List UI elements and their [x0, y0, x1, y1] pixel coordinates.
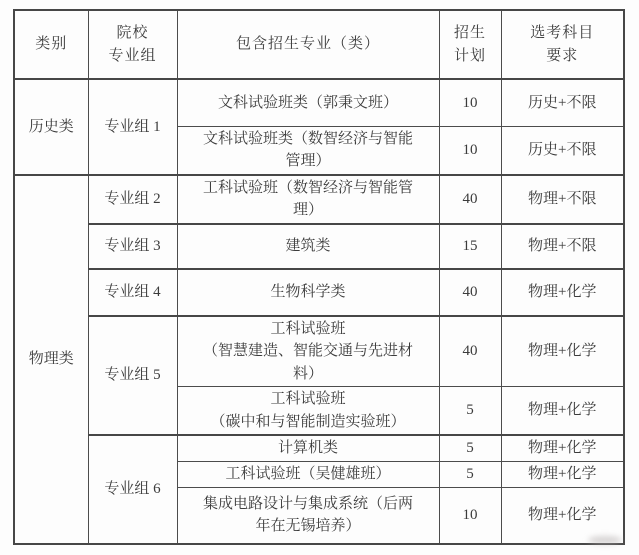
plan-cell: 40	[439, 316, 501, 387]
subjects-cell: 物理+不限	[501, 224, 624, 269]
group-cell: 专业组 5	[88, 316, 177, 436]
category-cell: 物理类	[14, 175, 88, 545]
major-cell: 工科试验班（数智经济与智能管 理）	[177, 175, 439, 224]
group-cell: 专业组 3	[88, 224, 177, 269]
subjects-cell: 物理+化学	[501, 269, 624, 316]
major-cell: 生物科学类	[177, 269, 439, 316]
header-majors: 包含招生专业（类）	[177, 10, 439, 79]
plan-cell: 40	[439, 269, 501, 316]
subjects-cell: 历史+不限	[501, 79, 624, 126]
group-cell: 专业组 6	[88, 435, 177, 544]
header-category: 类别	[14, 10, 88, 79]
group-cell: 专业组 4	[88, 269, 177, 316]
admission-plan-table: 类别 院校 专业组 包含招生专业（类） 招生 计划 选考科目 要求 历史类 专业…	[13, 9, 625, 545]
plan-cell: 5	[439, 387, 501, 436]
subjects-cell: 物理+不限	[501, 175, 624, 224]
plan-cell: 5	[439, 435, 501, 461]
major-cell: 工科试验班（吴健雄班）	[177, 461, 439, 487]
artifact-smudge	[588, 536, 622, 544]
major-cell: 文科试验班类（数智经济与智能 管理）	[177, 126, 439, 175]
category-cell: 历史类	[14, 79, 88, 175]
plan-cell: 5	[439, 461, 501, 487]
major-cell: 工科试验班 （碳中和与智能制造实验班）	[177, 387, 439, 436]
table-row: 专业组 3 建筑类 15 物理+不限	[14, 224, 624, 269]
header-group: 院校 专业组	[88, 10, 177, 79]
table-row: 历史类 专业组 1 文科试验班类（郭秉文班） 10 历史+不限	[14, 79, 624, 126]
header-plan: 招生 计划	[439, 10, 501, 79]
plan-cell: 15	[439, 224, 501, 269]
group-cell: 专业组 2	[88, 175, 177, 224]
header-subjects: 选考科目 要求	[501, 10, 624, 79]
table-row: 专业组 5 工科试验班 （智慧建造、智能交通与先进材 料） 40 物理+化学	[14, 316, 624, 387]
major-cell: 文科试验班类（郭秉文班）	[177, 79, 439, 126]
table-row: 物理类 专业组 2 工科试验班（数智经济与智能管 理） 40 物理+不限	[14, 175, 624, 224]
header-row: 类别 院校 专业组 包含招生专业（类） 招生 计划 选考科目 要求	[14, 10, 624, 79]
subjects-cell: 物理+化学	[501, 461, 624, 487]
page: 类别 院校 专业组 包含招生专业（类） 招生 计划 选考科目 要求 历史类 专业…	[0, 0, 639, 555]
plan-cell: 10	[439, 79, 501, 126]
major-cell: 计算机类	[177, 435, 439, 461]
subjects-cell: 物理+化学	[501, 316, 624, 387]
major-cell: 工科试验班 （智慧建造、智能交通与先进材 料）	[177, 316, 439, 387]
major-cell: 建筑类	[177, 224, 439, 269]
table-row: 专业组 6 计算机类 5 物理+化学	[14, 435, 624, 461]
plan-cell: 40	[439, 175, 501, 224]
subjects-cell: 物理+化学	[501, 387, 624, 436]
table-row: 专业组 4 生物科学类 40 物理+化学	[14, 269, 624, 316]
subjects-cell: 历史+不限	[501, 126, 624, 175]
group-cell: 专业组 1	[88, 79, 177, 175]
plan-cell: 10	[439, 487, 501, 544]
subjects-cell: 物理+化学	[501, 435, 624, 461]
plan-cell: 10	[439, 126, 501, 175]
major-cell: 集成电路设计与集成系统（后两 年在无锡培养）	[177, 487, 439, 544]
